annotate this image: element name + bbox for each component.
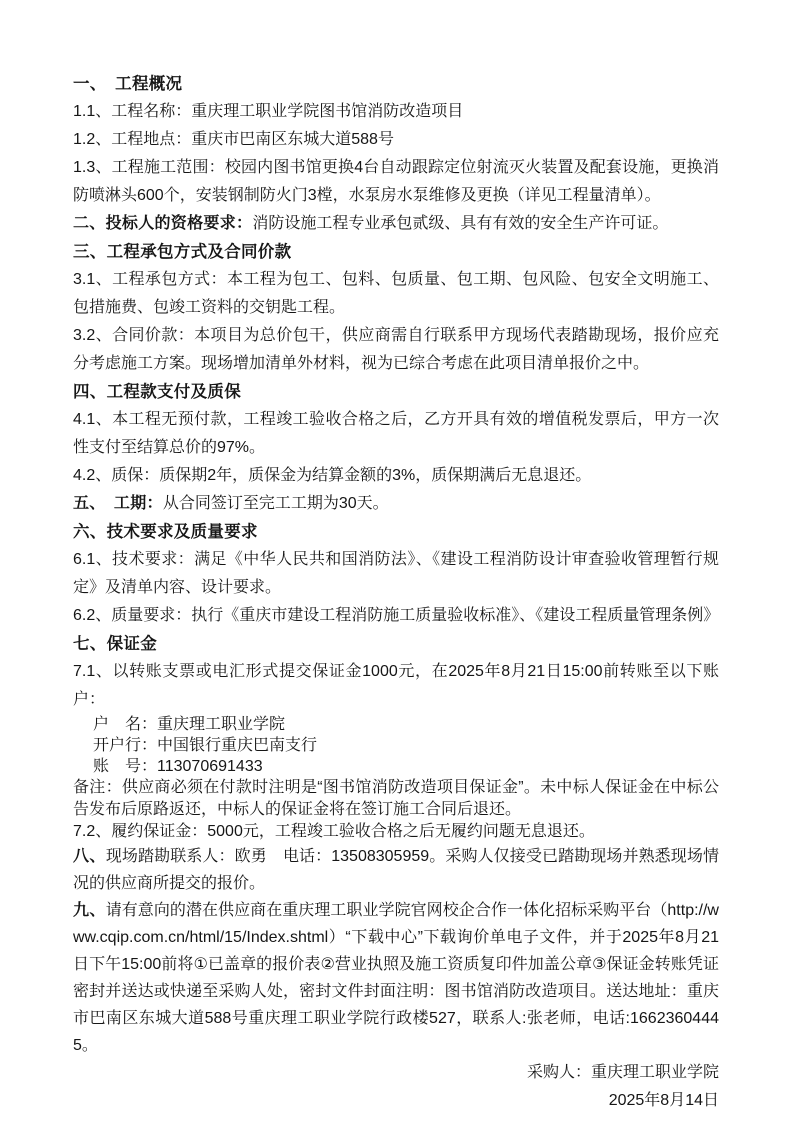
construction-period-text: 从合同签订至完工工期为30天。 — [163, 495, 389, 512]
bank-account-number: 账 号：113070691433 — [73, 756, 719, 777]
para-construction-period: 五、 工期：从合同签订至完工工期为30天。 — [73, 490, 719, 518]
submission-text: 请有意向的潜在供应商在重庆理工职业学院官网校企合作一体化招标采购平台（http:… — [73, 902, 719, 1054]
heading-construction-period: 五、 工期： — [73, 495, 163, 512]
para-bidder-qualification: 二、投标人的资格要求：消防设施工程专业承包贰级、具有有效的安全生产许可证。 — [73, 210, 719, 238]
heading-site-visit: 八、 — [73, 848, 106, 865]
para-deposit-payment: 7.1、以转账支票或电汇形式提交保证金1000元，在2025年8月21日15:0… — [73, 658, 719, 714]
para-technical-requirements: 6.1、技术要求：满足《中华人民共和国消防法》、《建设工程消防设计审查验收管理暂… — [73, 546, 719, 602]
para-contract-method: 3.1、工程承包方式：本工程为包工、包料、包质量、包工期、包风险、包安全文明施工… — [73, 266, 719, 322]
para-project-name: 1.1、工程名称：重庆理工职业学院图书馆消防改造项目 — [73, 98, 719, 126]
heading-contract-method-price: 三、工程承包方式及合同价款 — [73, 238, 719, 266]
para-site-visit-contact: 八、现场踏勘联系人：欧勇 电话：13508305959。采购人仅接受已踏勘现场并… — [73, 843, 719, 897]
para-performance-bond: 7.2、履约保证金：5000元，工程竣工验收合格之后无履约问题无息退还。 — [73, 821, 719, 843]
bidder-qualification-text: 消防设施工程专业承包贰级、具有有效的安全生产许可证。 — [252, 215, 668, 232]
para-submission-instructions: 九、请有意向的潜在供应商在重庆理工职业学院官网校企合作一体化招标采购平台（htt… — [73, 897, 719, 1059]
signoff-date: 2025年8月14日 — [73, 1087, 719, 1115]
bank-account-number-value: 113070691433 — [157, 758, 263, 775]
para-contract-price: 3.2、合同价款：本项目为总价包干，供应商需自行联系甲方现场代表踏勘现场，报价应… — [73, 322, 719, 378]
document-page: 一、 工程概况 1.1、工程名称：重庆理工职业学院图书馆消防改造项目 1.2、工… — [0, 0, 793, 1122]
site-visit-text: 现场踏勘联系人：欧勇 电话：13508305959。采购人仅接受已踏勘现场并熟悉… — [73, 848, 719, 892]
para-deposit-note: 备注：供应商必须在付款时注明是“图书馆消防改造项目保证金”。未中标人保证金在中标… — [73, 777, 719, 821]
para-project-location: 1.2、工程地点：重庆市巴南区东城大道588号 — [73, 126, 719, 154]
bank-branch-label: 开户行： — [93, 737, 157, 754]
heading-project-overview: 一、 工程概况 — [73, 70, 719, 98]
bank-account-number-label: 账 号： — [93, 758, 157, 775]
bank-account-name-value: 重庆理工职业学院 — [157, 716, 285, 733]
para-quality-requirements: 6.2、质量要求：执行《重庆市建设工程消防施工质量验收标准》、《建设工程质量管理… — [73, 602, 719, 630]
heading-bidder-qualification: 二、投标人的资格要求： — [73, 215, 252, 232]
bank-account-name-label: 户 名： — [93, 716, 157, 733]
heading-submission: 九、 — [73, 902, 106, 919]
bank-details: 户 名：重庆理工职业学院 开户行：中国银行重庆巴南支行 账 号：11307069… — [73, 714, 719, 777]
para-warranty-terms: 4.2、质保：质保期2年，质保金为结算金额的3%，质保期满后无息退还。 — [73, 462, 719, 490]
bank-account-name: 户 名：重庆理工职业学院 — [73, 714, 719, 735]
para-project-scope: 1.3、工程施工范围：校园内图书馆更换4台自动跟踪定位射流灭火装置及配套设施，更… — [73, 154, 719, 210]
bank-branch: 开户行：中国银行重庆巴南支行 — [73, 735, 719, 756]
heading-deposit: 七、保证金 — [73, 630, 719, 658]
signoff-buyer: 采购人：重庆理工职业学院 — [73, 1059, 719, 1087]
heading-technical-quality: 六、技术要求及质量要求 — [73, 518, 719, 546]
bank-branch-value: 中国银行重庆巴南支行 — [157, 737, 317, 754]
heading-payment-warranty: 四、工程款支付及质保 — [73, 378, 719, 406]
para-payment-terms: 4.1、本工程无预付款，工程竣工验收合格之后，乙方开具有效的增值税发票后，甲方一… — [73, 406, 719, 462]
